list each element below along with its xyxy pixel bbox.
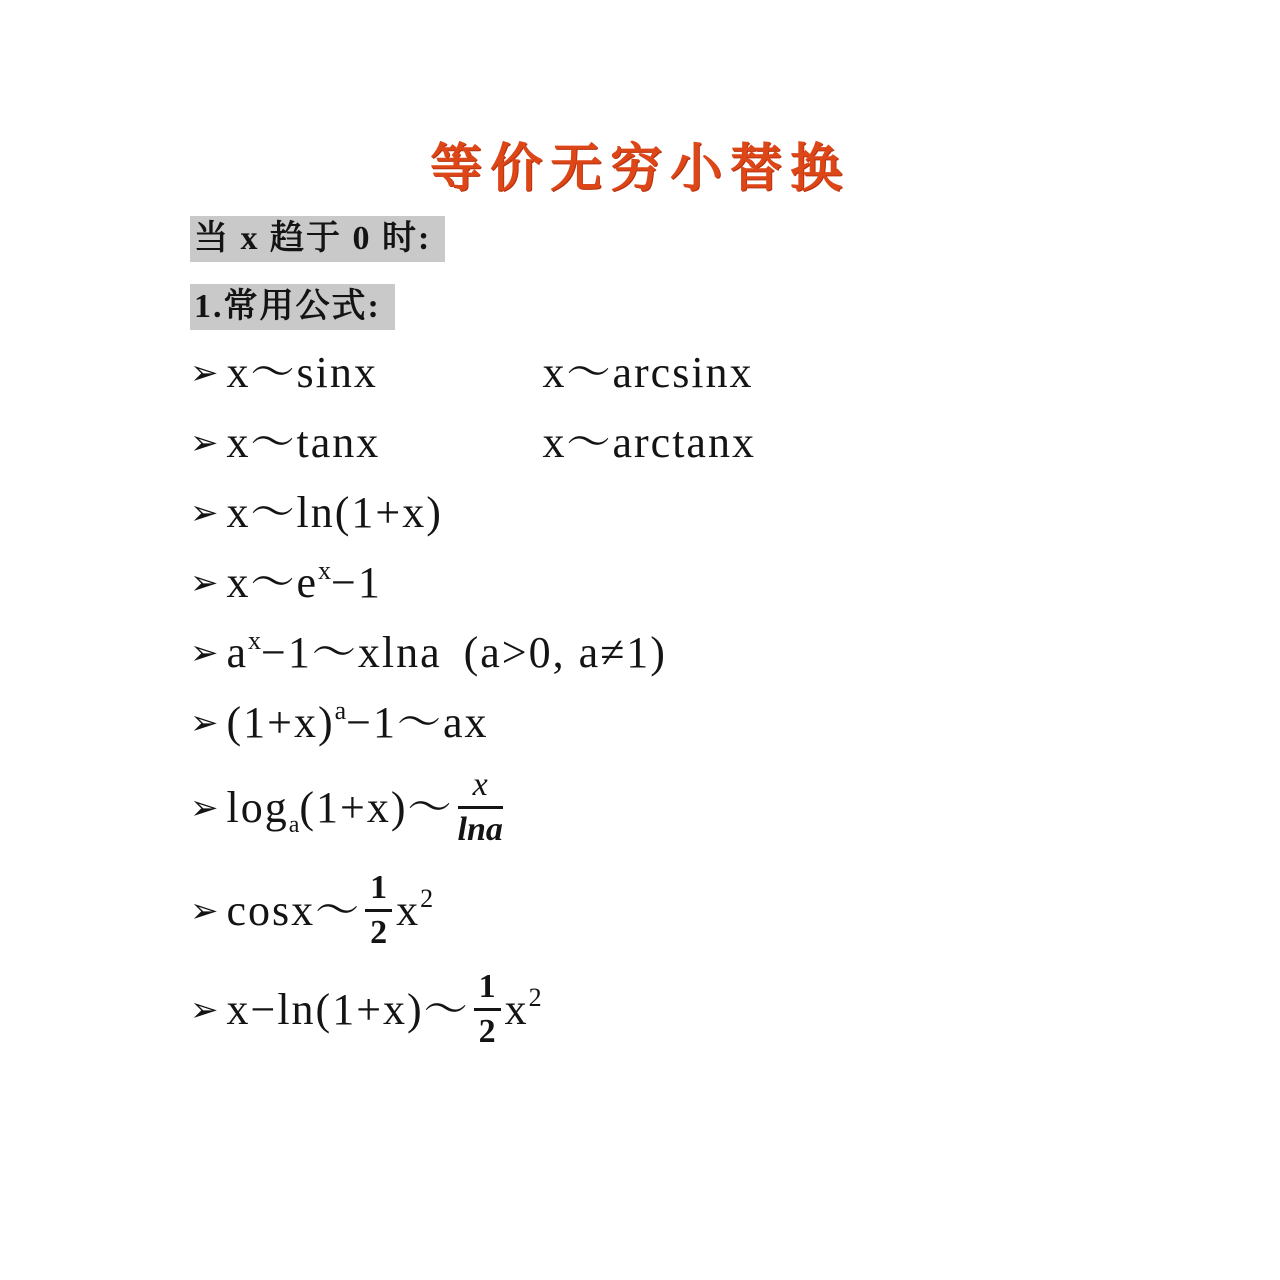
formula-row-power: ➢ (1+x)a−1～ax — [190, 698, 756, 748]
arrow-bullet-icon: ➢ — [190, 348, 219, 398]
arrow-bullet-icon: ➢ — [190, 698, 219, 748]
arrow-bullet-icon: ➢ — [190, 418, 219, 468]
fraction: 12 — [474, 970, 501, 1049]
arrow-bullet-icon: ➢ — [190, 488, 219, 538]
formula-row-ln1px: ➢ x～ln(1+x) — [190, 488, 756, 538]
condition-header: 当 x 趋于 0 时: — [190, 216, 445, 262]
fraction-denominator: lna — [458, 809, 503, 847]
formula-row-ex: ➢ x～ex−1 — [190, 558, 756, 608]
formula-base: log — [227, 783, 289, 832]
formula-text: x～ex−1 — [227, 558, 382, 608]
formula-left: x～sinx — [227, 348, 543, 398]
formula-variable: x — [505, 985, 529, 1034]
formula-tail: −1～xlna — [261, 628, 442, 677]
formula-row-tanx: ➢ x～tanx x～arctanx — [190, 418, 756, 468]
formula-tail: −1～ax — [346, 698, 488, 747]
formula-right: x～arcsinx — [543, 348, 754, 398]
formula-mid: (1+x)～ — [299, 783, 453, 832]
fraction: xlna — [458, 768, 503, 847]
fraction-denominator: 2 — [474, 1011, 501, 1049]
formula-base: a — [227, 628, 249, 677]
fraction-denominator: 2 — [365, 912, 392, 950]
fraction-numerator: 1 — [365, 871, 392, 912]
formula-base: x−ln(1+x)～ — [227, 985, 470, 1035]
formula-base: (1+x) — [227, 698, 335, 747]
formula-row-cosx: ➢ cosx～ 12 x2 — [190, 871, 756, 950]
formula-base: x～e — [227, 558, 319, 607]
page-title: 等价无穷小替换 — [0, 126, 1280, 201]
formula-right: x～arctanx — [543, 418, 756, 468]
arrow-bullet-icon: ➢ — [190, 628, 219, 678]
arrow-bullet-icon: ➢ — [190, 886, 219, 936]
formula-tail: −1 — [331, 558, 382, 607]
formula-text: (1+x)a−1～ax — [227, 698, 489, 748]
fraction-numerator: x — [458, 768, 503, 809]
formula-left: x～tanx — [227, 418, 543, 468]
formula-base: cosx～ — [227, 886, 362, 936]
formula-row-sinx: ➢ x～sinx x～arcsinx — [190, 348, 756, 398]
formula-note: (a>0, a≠1) — [464, 628, 667, 677]
formula-tail: x2 — [396, 886, 433, 936]
formula-tail: x2 — [505, 985, 542, 1035]
formula-row-xminusln: ➢ x−ln(1+x)～ 12 x2 — [190, 970, 756, 1049]
formula-text: loga(1+x)～ — [227, 783, 454, 833]
formula-text: ax−1～xlna(a>0, a≠1) — [227, 628, 667, 678]
fraction-numerator: 1 — [474, 970, 501, 1011]
arrow-bullet-icon: ➢ — [190, 783, 219, 833]
arrow-bullet-icon: ➢ — [190, 985, 219, 1035]
section-header: 1.常用公式: — [190, 284, 395, 330]
formula-row-log: ➢ loga(1+x)～ xlna — [190, 768, 756, 847]
formula-list: ➢ x～sinx x～arcsinx ➢ x～tanx x～arctanx ➢ … — [190, 348, 756, 1069]
formula-variable: x — [396, 886, 420, 935]
notes-page: 等价无穷小替换 当 x 趋于 0 时: 1.常用公式: ➢ x～sinx x～a… — [0, 0, 1280, 1280]
formula-text: x～ln(1+x) — [227, 488, 443, 538]
formula-row-ax: ➢ ax−1～xlna(a>0, a≠1) — [190, 628, 756, 678]
arrow-bullet-icon: ➢ — [190, 558, 219, 608]
fraction: 12 — [365, 871, 392, 950]
